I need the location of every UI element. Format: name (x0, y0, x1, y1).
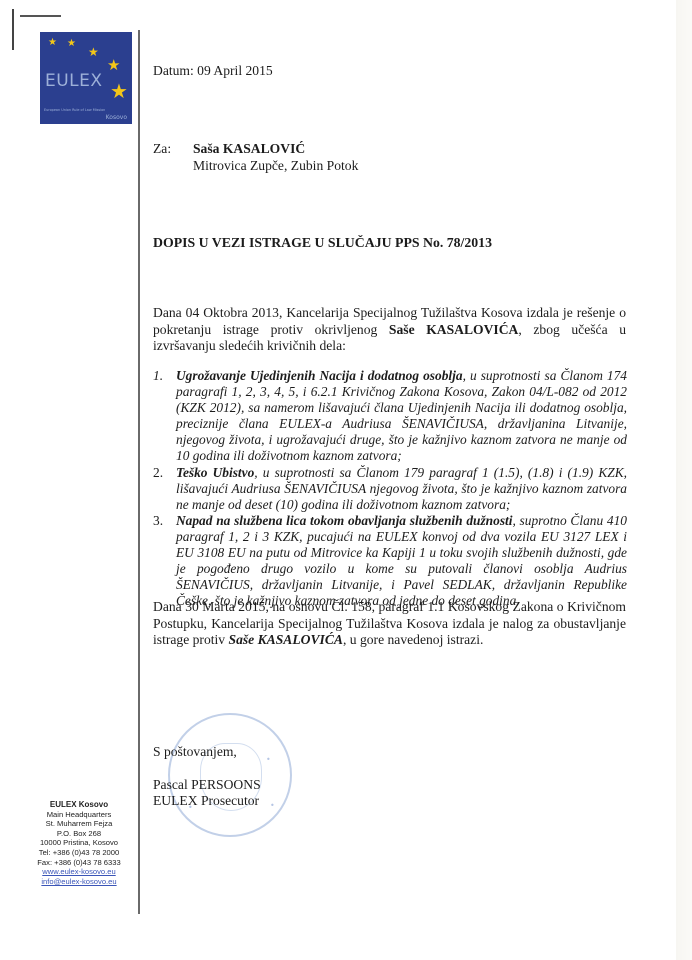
official-stamp: • • • (168, 713, 292, 837)
footer-phone: Tel: +386 (0)43 78 2000 (22, 848, 136, 858)
star-icon: ★ (48, 38, 57, 48)
closing-salutation: S poštovanjem, (153, 743, 237, 760)
stamp-dot: • (270, 801, 275, 810)
logo-region: Kosovo (106, 114, 127, 121)
margin-divider-line (138, 30, 140, 914)
charge-title: Napad na službena lica tokom obavljanja … (176, 513, 512, 528)
conclusion-text-end: , u gore navedenoj istrazi. (343, 632, 483, 647)
logo-subtitle: European Union Rule of Law Mission (44, 108, 105, 112)
star-icon: ★ (107, 59, 120, 74)
charge-item: 1.Ugrožavanje Ujedinjenih Nacija i dodat… (153, 368, 627, 465)
star-icon: ★ (88, 46, 99, 58)
footer-contact: EULEX Kosovo Main Headquarters St. Muhar… (22, 800, 136, 886)
corner-mark-vertical (12, 9, 14, 50)
eulex-logo: ★ ★ ★ ★ ★ EULEX European Union Rule of L… (40, 32, 132, 124)
footer-website-link[interactable]: www.eulex-kosovo.eu (22, 867, 136, 877)
charge-number: 1. (153, 368, 163, 384)
charge-number: 2. (153, 465, 163, 481)
star-icon: ★ (110, 82, 128, 102)
conclusion-paragraph: Dana 30 Marta 2015, na osnovu Čl. 158, p… (153, 599, 626, 649)
footer-line: Main Headquarters (22, 810, 136, 820)
footer-line: 10000 Pristina, Kosovo (22, 838, 136, 848)
charge-title: Teško Ubistvo (176, 465, 254, 480)
document-title: DOPIS U VEZI ISTRAGE U SLUČAJU PPS No. 7… (153, 234, 492, 251)
footer-line: P.O. Box 268 (22, 829, 136, 839)
page-edge-shadow (676, 0, 692, 960)
footer-fax: Fax: +386 (0)43 78 6333 (22, 858, 136, 868)
signer-name: Pascal PERSOONS (153, 776, 261, 793)
charge-number: 3. (153, 513, 163, 529)
recipient-label: Za: (153, 140, 171, 157)
document-date: Datum: 09 April 2015 (153, 62, 273, 79)
recipient-name: Saša KASALOVIĆ (193, 140, 305, 157)
defendant-name: Saše KASALOVIĆA (229, 632, 343, 647)
charge-title: Ugrožavanje Ujedinjenih Nacija i dodatno… (176, 368, 463, 383)
charge-item: 3.Napad na službena lica tokom obavljanj… (153, 513, 627, 610)
defendant-name: Saše KASALOVIĆA (389, 322, 518, 337)
charges-list: 1.Ugrožavanje Ujedinjenih Nacija i dodat… (153, 368, 627, 609)
star-icon: ★ (67, 39, 76, 49)
corner-mark-horizontal (20, 15, 61, 17)
signer-title: EULEX Prosecutor (153, 792, 259, 809)
stamp-dot: • (266, 755, 271, 764)
intro-paragraph: Dana 04 Oktobra 2013, Kancelarija Specij… (153, 305, 626, 355)
charge-item: 2.Teško Ubistvo, u suprotnosti sa Članom… (153, 465, 627, 513)
logo-brand-text: EULEX (45, 71, 103, 91)
footer-email-link[interactable]: info@eulex-kosovo.eu (22, 877, 136, 887)
recipient-address: Mitrovica Zupče, Zubin Potok (193, 157, 358, 174)
footer-organization: EULEX Kosovo (22, 800, 136, 810)
footer-line: St. Muharrem Fejza (22, 819, 136, 829)
